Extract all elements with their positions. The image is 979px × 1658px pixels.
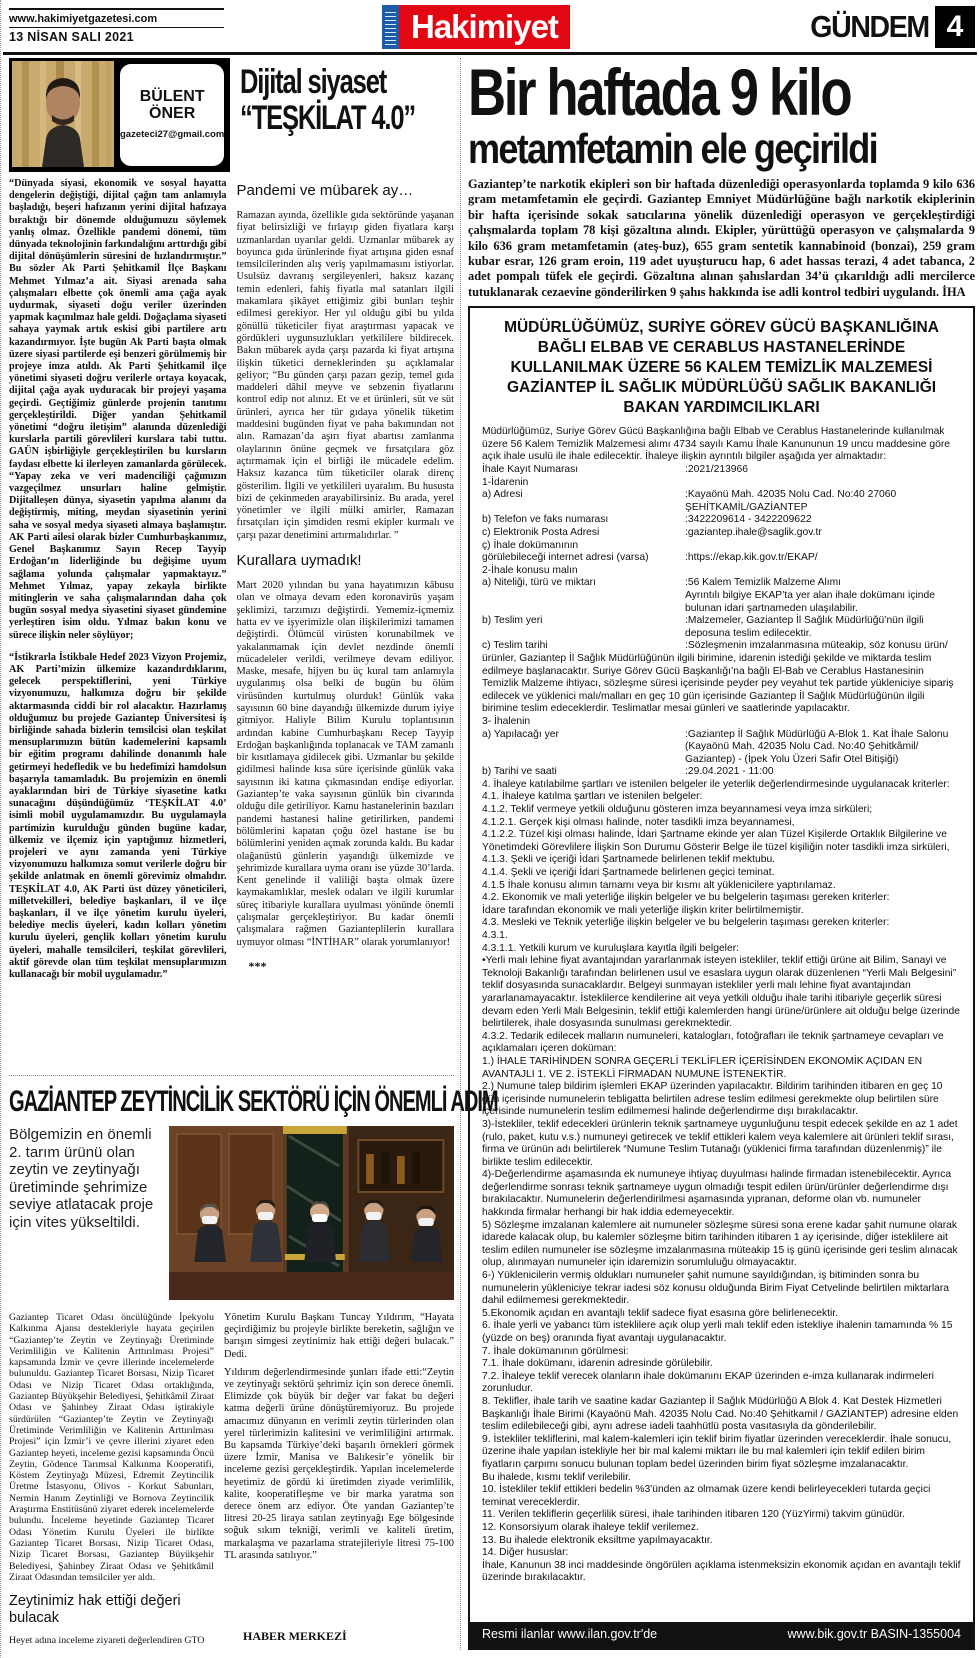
columnist-email: gazeteci27@gmail.com (120, 128, 224, 142)
tender-line-value: 4.3.1. (482, 930, 961, 943)
tender-line-value: 4)-Değerlendirme aşamasında ek numuneye … (482, 1169, 961, 1219)
tender-line-value: İdare tarafından ekonomik ve mali yeterl… (482, 905, 961, 918)
tender-line: İdare tarafından ekonomik ve mali yeterl… (482, 905, 961, 918)
tender-line: 4.3.2. Tedarik edilecek malların numunel… (482, 1031, 961, 1056)
tender-line-value: 7.2. İhaleye teklif verecek olanların ih… (482, 1371, 961, 1396)
tender-line-value: 12. Konsorsiyum olarak ihaleye teklif ve… (482, 1522, 961, 1535)
opinion-title: Dijital siyaset “TEŞKİLAT 4.0” (230, 58, 473, 172)
tender-line: ürünler, Gaziantep İl Sağlık Müdürlüğünü… (482, 653, 961, 716)
tender-line: Müdürlüğümüz, Suriye Görev Gücü Başkanlı… (482, 426, 961, 464)
tender-line-value: 4.1. İhaleye katılma şartları ve istenil… (482, 791, 961, 804)
newspaper-logo: Hakimiyet (382, 5, 570, 49)
tender-line: 7.2. İhaleye teklif verecek olanların ih… (482, 1371, 961, 1396)
olive-leadin: Heyet adına inceleme ziyareti değerlendi… (9, 1635, 214, 1646)
columnist-name: BÜLENT ÖNER (140, 88, 205, 122)
columnist-photo (12, 61, 114, 167)
tender-line-label: b) Telefon ve faks numarası (482, 514, 685, 527)
tender-line: b) Telefon ve faks numarası :3422209614 … (482, 514, 961, 527)
main-headline-line1: Bir haftada 9 kilo (468, 58, 874, 126)
tender-line-value: İhale, Kanunun 38 inci maddesinde öngörü… (482, 1560, 961, 1585)
section-divider (9, 1075, 454, 1076)
tender-notice-box: MÜDÜRLÜĞÜMÜZ, SURİYE GÖREV GÜCÜ BAŞKANLI… (468, 306, 975, 1650)
newspaper-page: www.hakimiyetgazetesi.com 13 NİSAN SALI … (0, 0, 979, 1658)
newspaper-website: www.hakimiyetgazetesi.com (9, 12, 224, 28)
issue-date: 13 NİSAN SALI 2021 (9, 30, 134, 44)
olive-caption-column: Yönetim Kurulu Başkanı Tuncay Yıldırım, … (224, 1312, 454, 1646)
tender-line-value: 4.1.2. Teklif vermeye yetkili olduğunu g… (482, 804, 961, 817)
tender-line: 13. Bu ihalede elektronik eksiltme yapıl… (482, 1535, 961, 1548)
tender-line-value: 4.3. Mesleki ve Teknik yeterliğe ilişkin… (482, 917, 961, 930)
main-news-lead: Gaziantep’te narkotik ekipleri son bir h… (468, 177, 975, 300)
opinion-columns: “Dünyada siyasi, ekonomik ve sosyal haya… (9, 178, 454, 1071)
tender-line: 1-İdarenin (482, 477, 961, 490)
tender-line: 4. İhaleye katılabilme şartları ve isten… (482, 779, 961, 792)
tender-line-value: 4.1.2.2. Tüzel kişi olması halinde, İdar… (482, 829, 961, 854)
columnist-strip: BÜLENT ÖNER gazeteci27@gmail.com (9, 58, 230, 172)
tender-line-label: b) Teslim yeri (482, 615, 685, 640)
tender-line-value: :Kayaönü Mah. 42035 Nolu Cad. No:40 2706… (685, 489, 961, 514)
tender-line: İhale Kayıt Numarası :2021/213966 (482, 464, 961, 477)
opinion-column-2: Pandemi ve mübarek ay… Ramazan ayında, ö… (237, 178, 455, 1071)
opinion-paragraph: Mart 2020 yılından bu yana hayatımızın k… (237, 580, 455, 949)
tender-line-value: 13. Bu ihalede elektronik eksiltme yapıl… (482, 1535, 961, 1548)
tender-line: 2-İhale konusu malın (482, 565, 961, 578)
official-notice-bar: Resmi ilanlar www.ilan.gov.tr'de www.bik… (470, 1622, 973, 1648)
tender-line: ç) İhale dokümanının (482, 540, 961, 553)
tender-line-value: 4.2. Ekonomik ve mali yeterliğe ilişkin … (482, 892, 961, 905)
olive-byline: HABER MERKEZİ (243, 1628, 347, 1644)
page-number-badge: 4 (935, 6, 975, 48)
main-headline-line2: metamfetamin ele geçirildi (468, 126, 904, 172)
tender-line-value: •Yerli malı lehine fiyat avantajından ya… (482, 955, 961, 1031)
opinion-title-line2: “TEŞKİLAT 4.0” (240, 100, 415, 136)
tender-line-value: 7.1. İhale dokümanı, idarenin adresinde … (482, 1358, 961, 1371)
olive-headline: GAZİANTEP ZEYTİNCİLİK SEKTÖRÜ İÇİN ÖNEML… (9, 1084, 307, 1120)
tender-line-label: a) Adresi (482, 489, 685, 514)
tender-line-value: Bu ihalede, kısmı teklif verilebilir. (482, 1472, 961, 1485)
tender-line-value: 1.) İHALE TARİHİNDEN SONRA GEÇERLİ TEKLİ… (482, 1056, 961, 1081)
tender-line: 4.2. Ekonomik ve mali yeterliğe ilişkin … (482, 892, 961, 905)
tender-line: 5.Ekonomik açıdan en avantajlı teklif sa… (482, 1308, 961, 1321)
opinion-paragraph: “Dünyada siyasi, ekonomik ve sosyal haya… (9, 178, 227, 642)
tender-body: Müdürlüğümüz, Suriye Görev Gücü Başkanlı… (482, 426, 961, 1616)
columnist-header: BÜLENT ÖNER gazeteci27@gmail.com Dijital… (9, 58, 454, 172)
masthead: www.hakimiyetgazetesi.com 13 NİSAN SALI … (1, 0, 979, 52)
columnist-name-box: BÜLENT ÖNER gazeteci27@gmail.com (117, 61, 227, 169)
tender-line-label: görülebileceği internet adresi (varsa) (482, 552, 685, 565)
tender-line: a) Yapılacağı yer :Gaziantep İl Sağlık M… (482, 729, 961, 767)
opinion-title-line1: Dijital siyaset (240, 64, 415, 100)
opinion-end-mark: *** (237, 959, 455, 973)
tender-line-value: 2-İhale konusu malın (482, 565, 961, 578)
olive-caption-paragraph: Yönetim Kurulu Başkanı Tuncay Yıldırım, … (224, 1312, 454, 1361)
olive-intro: Bölgemizin en önemli 2. tarım ürünü olan… (9, 1126, 161, 1304)
tender-line-value: :2021/213966 (685, 464, 961, 477)
tender-line-value (685, 540, 961, 553)
olive-body-column: Gaziantep Ticaret Odası öncülüğünde İpek… (9, 1312, 214, 1646)
olive-body-paragraph: Gaziantep Ticaret Odası öncülüğünde İpek… (9, 1312, 214, 1583)
tender-line-value: 1-İdarenin (482, 477, 961, 490)
tender-line: 5) Sözleşme imzalanan kalemlere ait numu… (482, 1220, 961, 1270)
tender-line: 6-) Yüklenicilerin vermiş oldukları numu… (482, 1270, 961, 1308)
tender-line-value: 4.1.3. Şekli ve içeriği İdari Şartnamede… (482, 854, 961, 867)
tender-line: 9. İstekliler tekliflerini, mal kalem-ka… (482, 1434, 961, 1472)
tender-line-label: a) Niteliği, türü ve miktarı (482, 577, 685, 615)
section-title: GÜNDEM (811, 9, 929, 45)
tender-line-label: b) Tarihi ve saati (482, 766, 685, 779)
tender-line: 4.1.2. Teklif vermeye yetkili olduğunu g… (482, 804, 961, 817)
tender-line: 4.1.5 İhale konusu alımın tamamı veya bi… (482, 880, 961, 893)
tender-line-label: c) Teslim tarihi (482, 640, 685, 653)
right-section: Bir haftada 9 kilo metamfetamin ele geçi… (461, 58, 975, 1650)
tender-line-value: 8. Teklifler, ihale tarih ve saatine kad… (482, 1396, 961, 1434)
tender-line-value: 9. İstekliler tekliflerini, mal kalem-ka… (482, 1434, 961, 1472)
tender-line: 10. İstekliler teklif ettikleri bedelin … (482, 1484, 961, 1509)
tender-line: 4.1.2.1. Gerçek kişi olması halinde, not… (482, 817, 961, 830)
tender-line: 4.3.1. (482, 930, 961, 943)
tender-line-value: 11. Verilen tekliflerin geçerlilik süres… (482, 1509, 961, 1522)
tender-line: b) Teslim yeri :Malzemeler, Gaziantep İl… (482, 615, 961, 640)
tender-line: 2.) Numune talep bildirim işlemleri EKAP… (482, 1081, 961, 1119)
tender-line-value: 4.1.2.1. Gerçek kişi olması halinde, not… (482, 817, 961, 830)
olive-subhead: Zeytinimiz hak ettiği değeri bulacak (9, 1593, 214, 1627)
tender-line: 3)-İstekliler, teklif edecekleri ürünler… (482, 1119, 961, 1169)
tender-line: Bu ihalede, kısmı teklif verilebilir. (482, 1472, 961, 1485)
tender-line-value: :Malzemeler, Gaziantep İl Sağlık Müdürlü… (685, 615, 961, 640)
tender-line-value: :56 Kalem Temizlik Malzeme Alımı Ayrıntı… (685, 577, 961, 615)
tender-line-value: :3422209614 - 3422209622 (685, 514, 961, 527)
official-notice-right: www.bik.gov.tr BASIN-1355004 (788, 1627, 961, 1642)
tender-line-value: :Sözleşmenin imzalanmasına müteakip, söz… (685, 640, 961, 653)
tender-line: 1.) İHALE TARİHİNDEN SONRA GEÇERLİ TEKLİ… (482, 1056, 961, 1081)
tender-line-value: 4.3.2. Tedarik edilecek malların numunel… (482, 1031, 961, 1056)
tender-line-value: 3- İhalenin (482, 716, 961, 729)
opinion-paragraph: “İstikrarla İstikbale Hedef 2023 Vizyon … (9, 652, 227, 981)
left-section: BÜLENT ÖNER gazeteci27@gmail.com Dijital… (9, 58, 461, 1650)
masthead-right: GÜNDEM 4 (800, 6, 975, 48)
tender-line: •Yerli malı lehine fiyat avantajından ya… (482, 955, 961, 1031)
opinion-subhead-1: Pandemi ve mübarek ay… (237, 182, 455, 200)
tender-line-value: 6. İhale yerli ve yabancı tüm istekliler… (482, 1320, 961, 1345)
tender-line: 7.1. İhale dokümanı, idarenin adresinde … (482, 1358, 961, 1371)
tender-line: 7. İhale dokümanının görülmesi: (482, 1346, 961, 1359)
opinion-subhead-2: Kurallara uymadık! (237, 552, 455, 570)
olive-article-photo (169, 1126, 454, 1300)
tender-title: MÜDÜRLÜĞÜMÜZ, SURİYE GÖREV GÜCÜ BAŞKANLI… (490, 318, 953, 418)
tender-line-value: :Gaziantep İl Sağlık Müdürlüğü A-Blok 1.… (685, 729, 961, 767)
tender-line: 4)-Değerlendirme aşamasında ek numuneye … (482, 1169, 961, 1219)
masthead-left: www.hakimiyetgazetesi.com 13 NİSAN SALI … (9, 8, 224, 46)
tender-line-value: 5) Sözleşme imzalanan kalemlere ait numu… (482, 1220, 961, 1270)
olive-caption-paragraph: Yıldırım değerlendirmesinde şunları ifad… (224, 1367, 454, 1562)
tender-line: a) Adresi :Kayaönü Mah. 42035 Nolu Cad. … (482, 489, 961, 514)
tender-line: 4.1. İhaleye katılma şartları ve istenil… (482, 791, 961, 804)
logo-wordmark: Hakimiyet (399, 5, 570, 49)
tender-line-value: :gaziantep.ihale@saglik.gov.tr (685, 527, 961, 540)
tender-line: görülebileceği internet adresi (varsa) :… (482, 552, 961, 565)
tender-line-value: 4. İhaleye katılabilme şartları ve isten… (482, 779, 961, 792)
tender-line-value: Müdürlüğümüz, Suriye Görev Gücü Başkanlı… (482, 426, 961, 464)
tender-line: 14. Diğer hususlar: (482, 1547, 961, 1560)
tender-line: 4.1.4. Şekli ve içeriği İdari Şartnamede… (482, 867, 961, 880)
tender-line-label: ç) İhale dokümanının (482, 540, 685, 553)
tender-line: 6. İhale yerli ve yabancı tüm istekliler… (482, 1320, 961, 1345)
tender-line-value: 10. İstekliler teklif ettikleri bedelin … (482, 1484, 961, 1509)
tender-line: c) Elektronik Posta Adresi :gaziantep.ih… (482, 527, 961, 540)
tender-line: 8. Teklifler, ihale tarih ve saatine kad… (482, 1396, 961, 1434)
opinion-column-1: “Dünyada siyasi, ekonomik ve sosyal haya… (9, 178, 227, 1071)
tender-line: b) Tarihi ve saati :29.04.2021 - 11:00 (482, 766, 961, 779)
tender-line-value: :29.04.2021 - 11:00 (685, 766, 961, 779)
tender-line: 11. Verilen tekliflerin geçerlilik süres… (482, 1509, 961, 1522)
tender-line-value: 14. Diğer hususlar: (482, 1547, 961, 1560)
tender-line-value: :https://ekap.kik.gov.tr/EKAP/ (685, 552, 961, 565)
tender-line: c) Teslim tarihi :Sözleşmenin imzalanmas… (482, 640, 961, 653)
logo-blue-strip (382, 5, 399, 49)
tender-line: İhale, Kanunun 38 inci maddesinde öngörü… (482, 1560, 961, 1585)
tender-line-label: c) Elektronik Posta Adresi (482, 527, 685, 540)
tender-line-label: a) Yapılacağı yer (482, 729, 685, 767)
tender-line: a) Niteliği, türü ve miktarı :56 Kalem T… (482, 577, 961, 615)
olive-article: GAZİANTEP ZEYTİNCİLİK SEKTÖRÜ İÇİN ÖNEML… (9, 1084, 454, 1646)
tender-line-value: 3)-İstekliler, teklif edecekleri ürünler… (482, 1119, 961, 1169)
tender-line: 3- İhalenin (482, 716, 961, 729)
official-notice-left: Resmi ilanlar www.ilan.gov.tr'de (482, 1627, 657, 1642)
tender-line-value: 4.1.5 İhale konusu alımın tamamı veya bi… (482, 880, 961, 893)
tender-line-label: İhale Kayıt Numarası (482, 464, 685, 477)
tender-line-value: 4.3.1.1. Yetkili kurum ve kuruluşlara ka… (482, 943, 961, 956)
tender-line-value: 2.) Numune talep bildirim işlemleri EKAP… (482, 1081, 961, 1119)
tender-line-value: 6-) Yüklenicilerin vermiş oldukları numu… (482, 1270, 961, 1308)
tender-line: 4.3. Mesleki ve Teknik yeterliğe ilişkin… (482, 917, 961, 930)
tender-line-value: ürünler, Gaziantep İl Sağlık Müdürlüğünü… (482, 653, 961, 716)
tender-line: 4.3.1.1. Yetkili kurum ve kuruluşlara ka… (482, 943, 961, 956)
tender-line-value: 5.Ekonomik açıdan en avantajlı teklif sa… (482, 1308, 961, 1321)
opinion-paragraph: Ramazan ayında, özellikle gıda sektöründ… (237, 210, 455, 542)
tender-line-value: 7. İhale dokümanının görülmesi: (482, 1346, 961, 1359)
tender-line: 4.1.2.2. Tüzel kişi olması halinde, İdar… (482, 829, 961, 854)
tender-line: 4.1.3. Şekli ve içeriği İdari Şartnamede… (482, 854, 961, 867)
tender-line: 12. Konsorsiyum olarak ihaleye teklif ve… (482, 1522, 961, 1535)
tender-line-value: 4.1.4. Şekli ve içeriği İdari Şartnamede… (482, 867, 961, 880)
